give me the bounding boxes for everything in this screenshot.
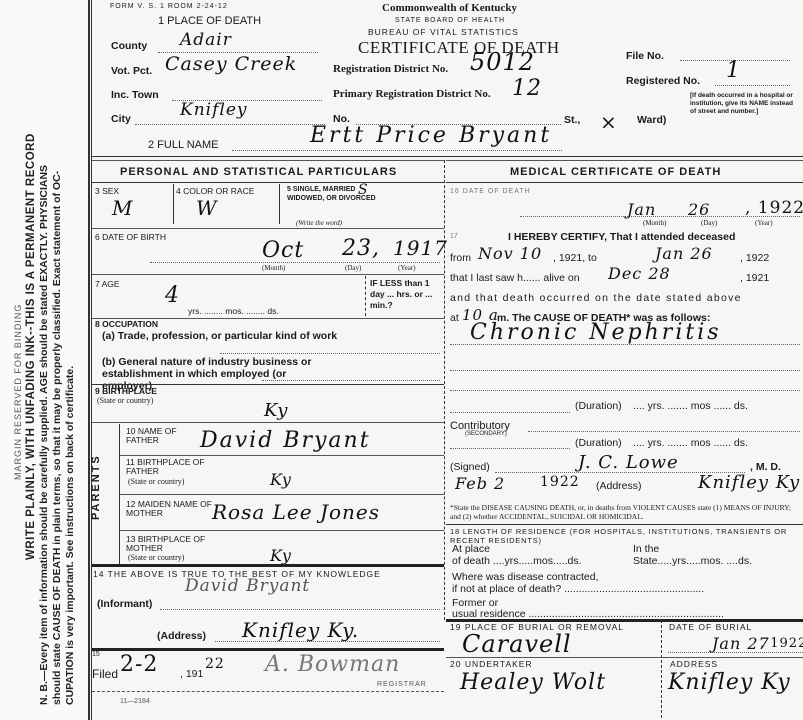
dob-year: 1917 (393, 236, 448, 260)
mother-birthplace-label: 13 BIRTHPLACE OF MOTHER (126, 535, 206, 553)
informant-address-value: Knifley Ky. (242, 618, 359, 642)
burial-divider (661, 620, 662, 718)
duration-label-2: (Duration) (575, 437, 622, 449)
informant-label: (Informant) (97, 598, 152, 610)
occupation-trade: (a) Trade, profession, or particular kin… (102, 330, 352, 342)
certify-number: 17 (450, 233, 458, 240)
binding-margin: MARGIN RESERVED FOR BINDING WRITE PLAINL… (0, 0, 90, 720)
informant-bottom-rule (92, 648, 444, 651)
filed-number: 15 (92, 651, 100, 658)
race-divider (279, 184, 280, 224)
secondary-label: (SECONDARY) (465, 431, 507, 437)
father-name-value: David Bryant (200, 428, 371, 453)
father-birthplace-divider (120, 494, 444, 495)
contracted-label-1: Where was disease contracted, (452, 571, 599, 583)
marital-value: S (358, 182, 369, 198)
duration-label: (Duration) (575, 400, 622, 412)
birthplace-note: (State or country) (97, 396, 153, 405)
filed-label: Filed (92, 667, 118, 681)
margin-instructions: MARGIN RESERVED FOR BINDING WRITE PLAINL… (12, 5, 77, 705)
dob-label: 6 DATE OF BIRTH (95, 232, 166, 242)
to-date-value: Jan 26 (655, 244, 713, 263)
birthplace-label: 9 BIRTHPLACE (95, 386, 157, 396)
form-code: 11—2184 (120, 698, 150, 705)
city-line (135, 124, 325, 125)
county-label: County (111, 40, 147, 52)
full-name-value: Ertt Price Bryant (310, 123, 552, 148)
in-state-label: State.....yrs.....mos. ....ds. (633, 555, 752, 567)
county-value: Adair (180, 30, 232, 50)
burial-date-label: DATE OF BURIAL (669, 622, 752, 632)
dob-month: Oct (262, 238, 304, 263)
from-year: , 1921, to (553, 252, 597, 264)
occupation-trade-line (220, 353, 440, 354)
street-label: St., (564, 114, 580, 126)
file-no-label: File No. (626, 50, 664, 62)
column-divider (444, 160, 445, 620)
dob-day-caption: (Day) (345, 264, 361, 272)
undertaker-address-value: Knifley Ky (668, 670, 791, 695)
bureau-title: BUREAU OF VITAL STATISTICS (368, 27, 519, 37)
last-saw-year: , 1921 (740, 272, 769, 284)
full-name-line (232, 150, 562, 151)
medical-top-rule (446, 160, 803, 161)
inc-town-label: Inc. Town (111, 89, 159, 101)
medical-heading-rule (446, 182, 803, 183)
if-less-than-day: IF LESS than 1 day ... hrs. or ... min.? (370, 278, 442, 311)
registration-district-value: 5012 (470, 48, 535, 76)
cause-line-3 (450, 390, 800, 391)
at-label: at (450, 312, 459, 324)
sex-divider (173, 184, 174, 224)
father-birthplace-value: Ky (270, 470, 292, 489)
from-label: from (450, 252, 471, 264)
physician-address-label: (Address) (596, 480, 642, 492)
parents-bottom-rule (92, 564, 444, 567)
city-value: Knifley (180, 100, 247, 120)
margin-note-1: N. B.—Every item of information should b… (38, 5, 51, 705)
registered-no-label: Registered No. (626, 75, 700, 87)
burial-place-value: Caravell (462, 630, 572, 658)
duration-units: .... yrs. ....... mos ...... ds. (633, 400, 748, 412)
undertaker-label: 20 UNDERTAKER (450, 659, 533, 669)
form-number: FORM V. S. 1 ROOM 2-24-12 (110, 3, 228, 10)
death-occurred-text: and that death occurred on the date stat… (450, 292, 742, 304)
sign-date-year: 1922 (540, 474, 580, 490)
father-birthplace-label: 11 BIRTHPLACE OF FATHER (126, 458, 206, 476)
registered-no-value: 1 (726, 58, 741, 83)
occupation-label: 8 OCCUPATION (95, 319, 158, 329)
race-value: W (196, 196, 218, 220)
dod-label: 16 DATE OF DEATH (450, 188, 531, 195)
signed-label: (Signed) (450, 461, 490, 473)
primary-registration-value: 12 (512, 76, 542, 101)
dod-day: 26 (688, 200, 710, 219)
filed-date-value: 2-2 (120, 652, 158, 677)
parents-side-label: PARENTS (90, 454, 102, 520)
filed-year-prefix: , 191 (180, 668, 203, 680)
burial-date-year: , 1922 (760, 636, 803, 651)
medical-heading: MEDICAL CERTIFICATE OF DEATH (510, 166, 721, 178)
row-divider-2 (92, 274, 444, 275)
registered-no-line (715, 85, 790, 86)
commonwealth-title: Commonwealth of Kentucky (382, 2, 517, 14)
dob-month-caption: (Month) (262, 264, 285, 272)
mother-name-label: 12 MAIDEN NAME OF MOTHER (126, 500, 216, 518)
primary-registration-label: Primary Registration District No. (333, 88, 491, 100)
margin-note-2: should state CAUSE OF DEATH in plain ter… (51, 5, 64, 705)
certify-text: I HEREBY CERTIFY, That I attended deceas… (508, 231, 735, 243)
age-units: yrs. ........ mos. ........ ds. (188, 306, 279, 316)
dod-day-caption: (Day) (701, 219, 717, 227)
dod-month-caption: (Month) (643, 219, 666, 227)
frame-left-inner (91, 0, 92, 720)
last-saw-value: Dec 28 (608, 264, 671, 283)
contributory-line (528, 431, 800, 432)
street-mark: × (600, 110, 618, 134)
row-divider-5 (92, 422, 444, 423)
undertaker-value: Healey Wolt (460, 670, 606, 695)
sign-date-value: Feb 2 (455, 474, 505, 493)
from-date-value: Nov 10 (478, 244, 542, 263)
age-label: 7 AGE (95, 279, 120, 289)
registration-district-label: Registration District No. (333, 63, 448, 75)
dob-year-caption: (Year) (398, 264, 416, 272)
personal-heading: PERSONAL AND STATISTICAL PARTICULARS (120, 166, 397, 178)
dob-day: 23, (342, 236, 380, 261)
race-label: 4 COLOR OR RACE (176, 186, 254, 196)
footnote-rule (446, 524, 803, 525)
residence-heading: 18 LENGTH OF RESIDENCE (FOR HOSPITALS, I… (450, 527, 802, 545)
of-death-label: of death ....yrs.....mos.....ds. (452, 555, 582, 567)
birthplace-value: Ky (264, 400, 288, 421)
cause-footnote: *State the DISEASE CAUSING DEATH, or, in… (450, 503, 802, 521)
undertaker-address-label: ADDRESS (670, 659, 718, 669)
row-divider-4 (92, 384, 444, 385)
cause-line-2 (450, 370, 800, 371)
ward-label: Ward) (637, 114, 666, 126)
registrar-label: REGISTRAR (377, 681, 427, 688)
informant-address-label: (Address) (157, 630, 206, 642)
occupation-industry-line (262, 380, 440, 381)
personal-heading-rule (92, 182, 444, 183)
margin-reserve-label: MARGIN RESERVED FOR BINDING (13, 304, 23, 480)
dod-year-caption: (Year) (755, 219, 773, 227)
informant-line (160, 609, 440, 610)
father-row-divider (120, 455, 444, 456)
registrar-signature: A. Bowman (265, 652, 400, 677)
board-title: STATE BOARD OF HEALTH (395, 17, 505, 24)
duration-units-2: .... yrs. ....... mos ...... ds. (633, 437, 748, 449)
mother-row-divider (120, 530, 444, 531)
filed-bottom-rule (92, 691, 444, 692)
margin-warning: WRITE PLAINLY, WITH UNFADING INK--THIS I… (25, 133, 37, 560)
duration-line (450, 412, 570, 413)
informant-value: David Bryant (185, 576, 310, 596)
vot-pct-label: Vot. Pct. (111, 65, 152, 77)
full-name-label: 2 FULL NAME (148, 139, 219, 151)
sex-value: M (112, 196, 133, 220)
personal-top-rule (92, 160, 444, 161)
father-birthplace-note: (State or country) (128, 477, 184, 486)
frame-left-border (88, 0, 90, 720)
physician-address-value: Knifley Ky (698, 472, 800, 493)
physician-signature: J. C. Lowe (578, 452, 679, 473)
age-divider (365, 276, 366, 316)
marital-note: (Write the word) (296, 219, 342, 227)
hospital-note: [If death occurred in a hospital or inst… (690, 92, 795, 116)
vot-pct-value: Casey Creek (165, 53, 297, 75)
place-of-death-heading: 1 PLACE OF DEATH (158, 15, 261, 27)
header-divider (92, 156, 803, 157)
to-year: , 1922 (740, 252, 769, 264)
sex-label: 3 SEX (95, 186, 119, 196)
city-label: City (111, 113, 131, 125)
dod-month: Jan (627, 200, 656, 219)
mother-birthplace-note: (State or country) (128, 553, 184, 562)
last-saw-label: that I last saw h...... alive on (450, 272, 580, 284)
mother-birthplace-value: Ky (270, 546, 292, 565)
cause-value: Chronic Nephritis (470, 320, 722, 345)
row-divider-1 (92, 228, 444, 229)
mother-name-value: Rosa Lee Jones (212, 500, 380, 524)
age-years: 4 (165, 283, 180, 308)
at-place-label: At place (452, 543, 490, 555)
margin-note-3: CUPATION is very important. See instruct… (64, 5, 77, 705)
burial-row-divider (446, 657, 803, 658)
filed-year-value: 22 (205, 656, 225, 672)
dod-year: , 1922 (745, 198, 803, 218)
father-name-label: 10 NAME OF FATHER (126, 427, 196, 445)
in-the-label: In the (633, 543, 659, 555)
duration-line-2 (450, 448, 570, 449)
contracted-label-2: if not at place of death? ..............… (452, 583, 704, 595)
